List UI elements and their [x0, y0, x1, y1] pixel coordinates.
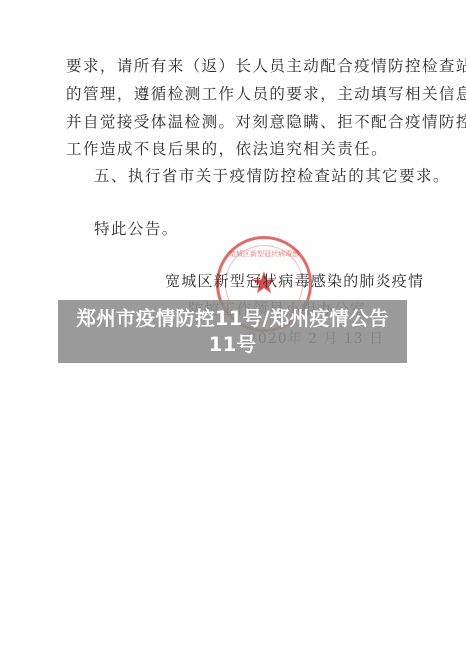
body-line-4: 工作造成不良后果的，依法追究相关责任。	[66, 140, 388, 158]
signature-line-1: 宽城区新型冠状病毒感染的肺炎疫情	[165, 272, 424, 290]
body-line-1: 要求，请所有来（返）长人员主动配合疫情防控检查站	[66, 57, 466, 75]
body-line-2: 的管理，遵循检测工作人员的要求，主动填写相关信息，	[66, 85, 466, 103]
closing-text: 特此公告。	[94, 220, 179, 238]
body-line-3: 并自觉接受体温检测。对刻意隐瞒、拒不配合疫情防控	[66, 113, 466, 131]
title-overlay-banner: 郑州市疫情防控11号/郑州疫情公告11号	[58, 300, 407, 363]
overlay-title: 郑州市疫情防控11号/郑州疫情公告11号	[64, 306, 401, 358]
body-line-5: 五、执行省市关于疫情防控检查站的其它要求。	[94, 167, 450, 185]
